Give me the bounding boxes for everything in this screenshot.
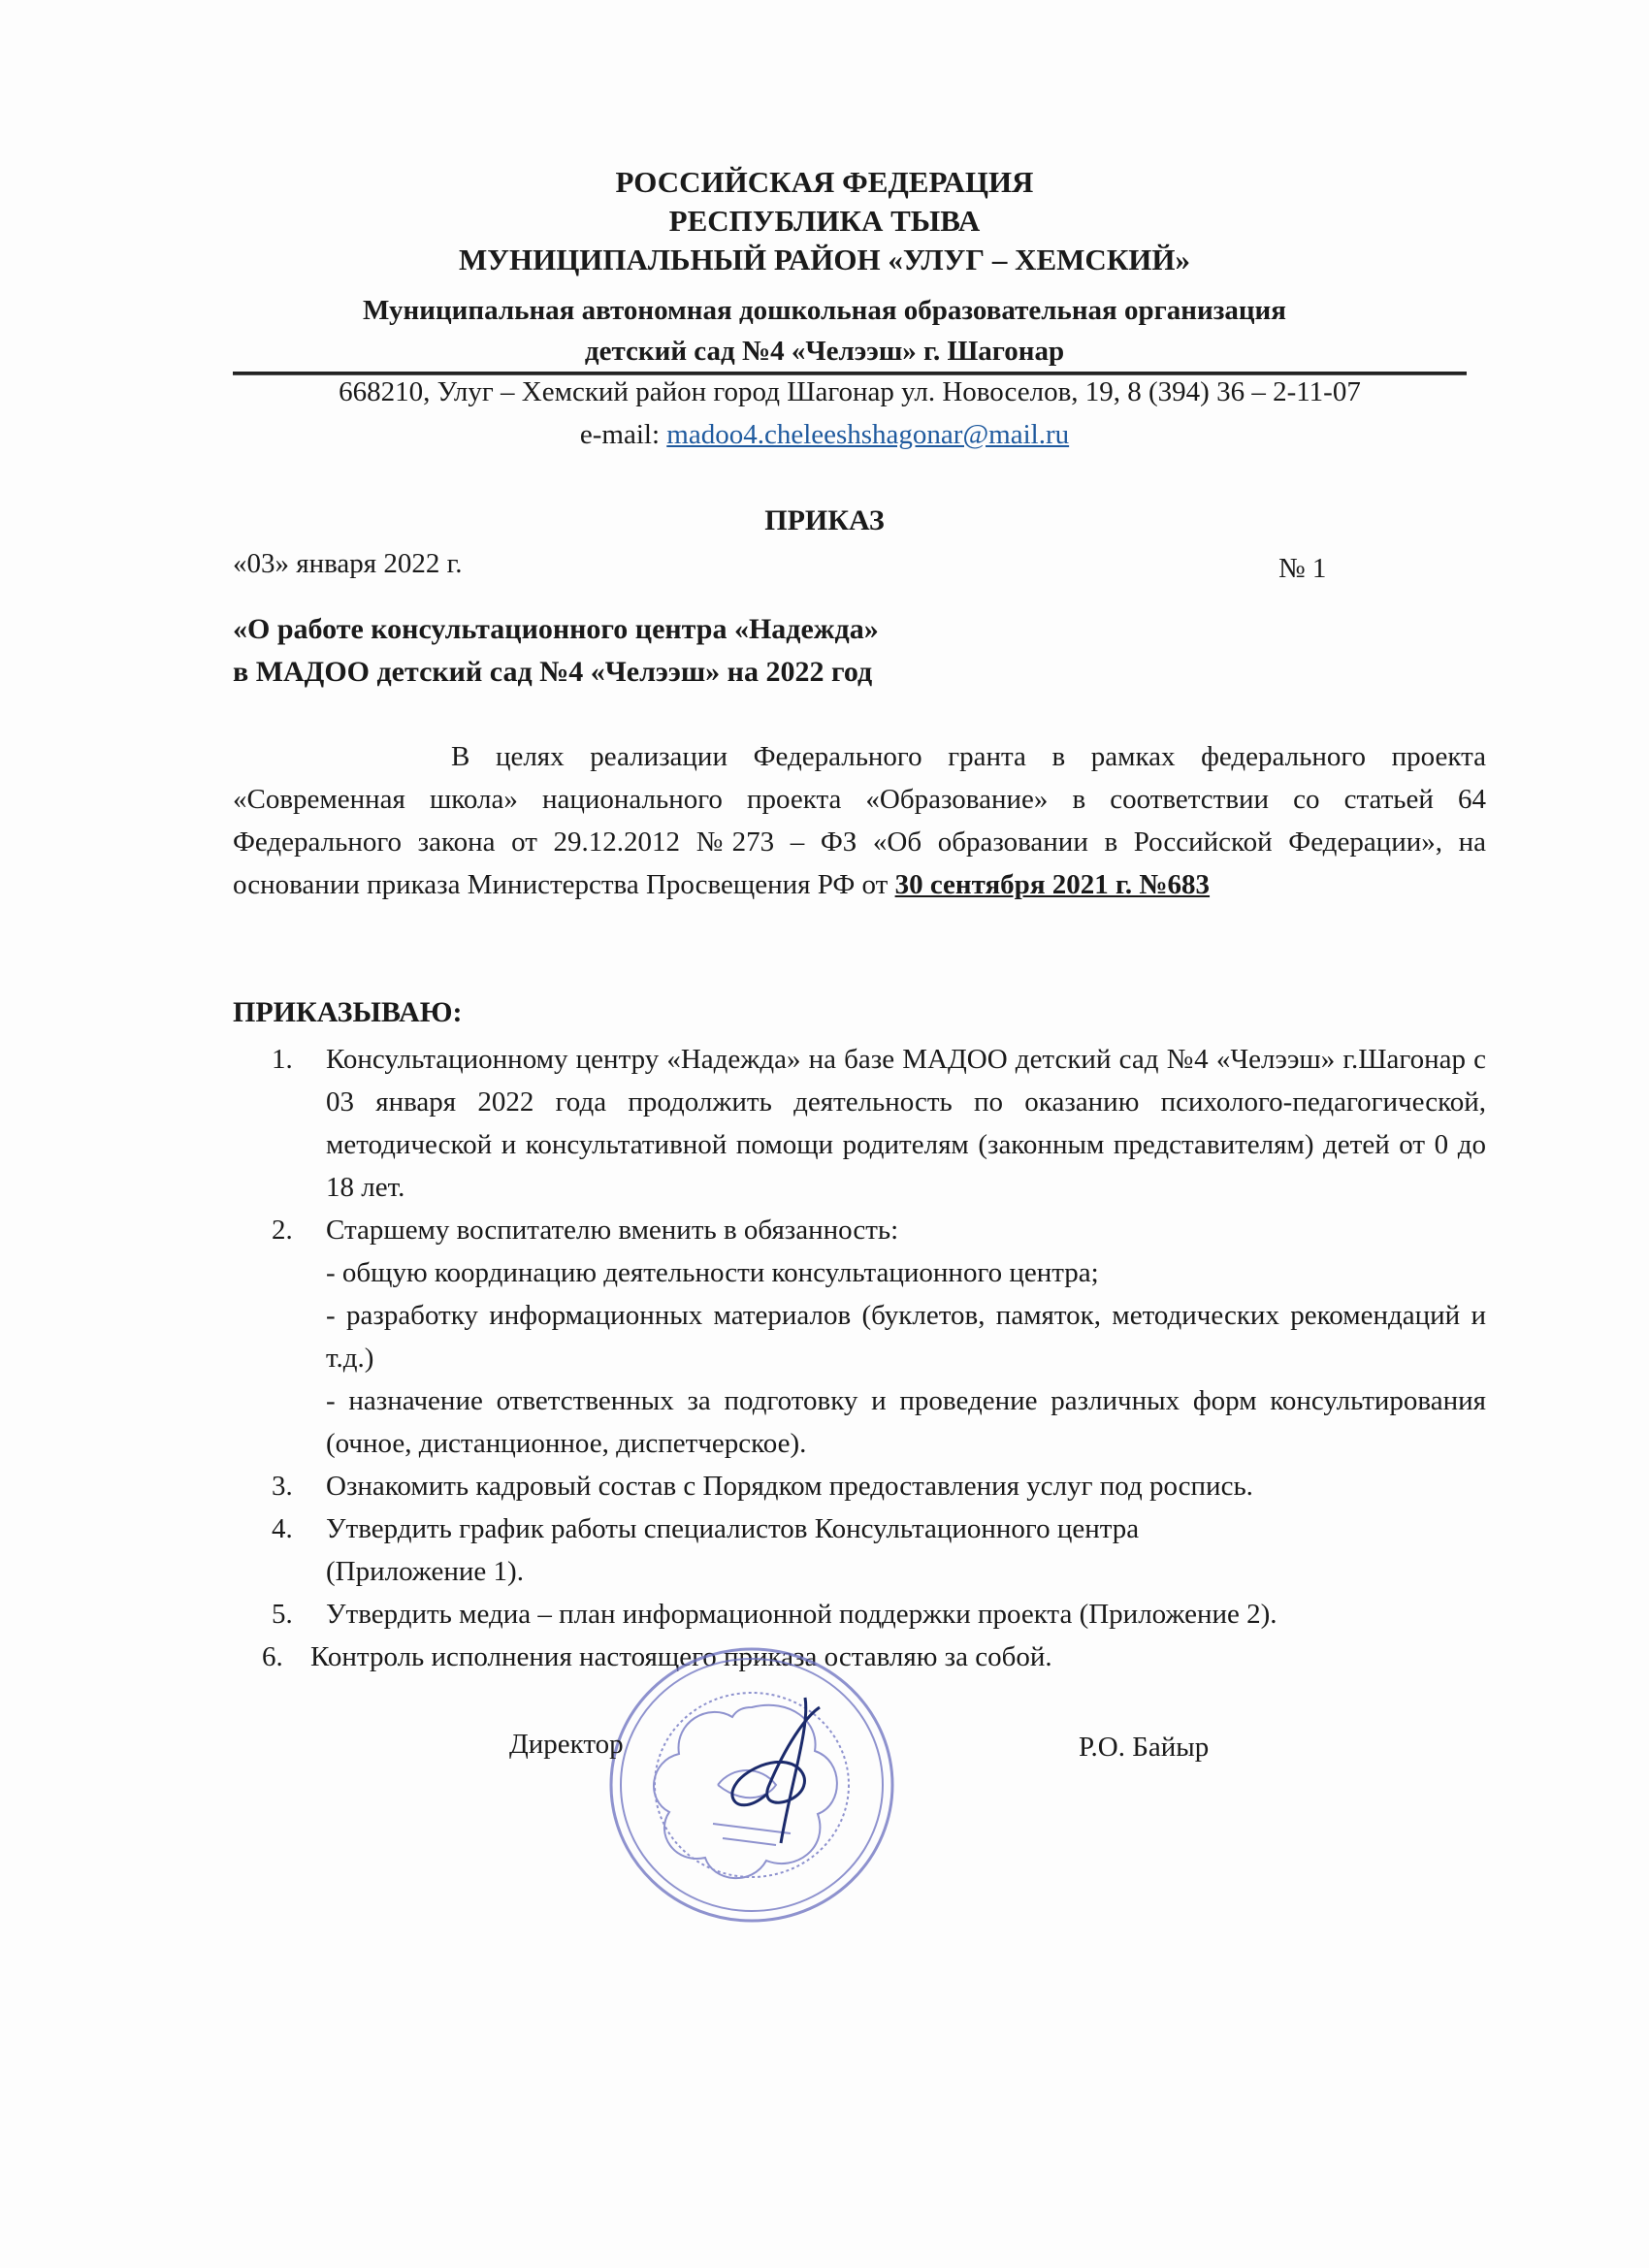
order-heading: ПРИКАЗЫВАЮ:	[233, 996, 463, 1029]
signature-role: Директор	[509, 1729, 624, 1761]
header-kindergarten: детский сад №4 «Челээш» г. Шагонар	[0, 334, 1649, 369]
document-type: ПРИКАЗ	[0, 504, 1649, 537]
email-link[interactable]: madoo4.cheleeshshagonar@mail.ru	[666, 419, 1069, 450]
official-stamp-icon	[597, 1639, 917, 1930]
document-subject-line1: «О работе консультационного центра «Наде…	[233, 613, 879, 646]
document-subject-line2: в МАДОО детский сад №4 «Челээш» на 2022 …	[233, 656, 872, 689]
header-organization: Муниципальная автономная дошкольная обра…	[0, 293, 1649, 328]
header-republic: РЕСПУБЛИКА ТЫВА	[0, 204, 1649, 239]
order-subitem: - общую координацию деятельности консуль…	[326, 1251, 1486, 1294]
order-item-5: 5. Утвердить медиа – план информационной…	[272, 1593, 1486, 1636]
header-divider	[233, 372, 1467, 375]
signature-name: Р.О. Байыр	[1079, 1732, 1209, 1764]
preamble-reference: 30 сентября 2021 г. №683	[895, 869, 1210, 900]
document-date: «03» января 2022 г.	[233, 548, 463, 580]
order-item-4: 4. Утвердить график работы специалистов …	[272, 1507, 1486, 1593]
order-subitem: - назначение ответственных за подготовку…	[326, 1379, 1486, 1465]
header-district: МУНИЦИПАЛЬНЫЙ РАЙОН «УЛУГ – ХЕМСКИЙ»	[0, 243, 1649, 277]
preamble-text: В целях реализации Федерального гранта в…	[233, 741, 1486, 900]
header-email-line: e-mail: madoo4.cheleeshshagonar@mail.ru	[0, 419, 1649, 451]
header-address: 668210, Улуг – Хемский район город Шагон…	[233, 376, 1467, 408]
order-item-1: 1. Консультационному центру «Надежда» на…	[272, 1038, 1486, 1209]
order-item-2: 2. Старшему воспитателю вменить в обязан…	[272, 1209, 1486, 1465]
order-subitem: - разработку информационных материалов (…	[326, 1294, 1486, 1379]
order-item-3: 3. Ознакомить кадровый состав с Порядком…	[272, 1465, 1486, 1507]
order-list: 1. Консультационному центру «Надежда» на…	[272, 1038, 1486, 1678]
header-country: РОССИЙСКАЯ ФЕДЕРАЦИЯ	[0, 165, 1649, 200]
document-number: № 1	[1278, 553, 1326, 585]
email-label: e-mail:	[580, 419, 666, 450]
preamble: В целях реализации Федерального гранта в…	[233, 735, 1486, 906]
